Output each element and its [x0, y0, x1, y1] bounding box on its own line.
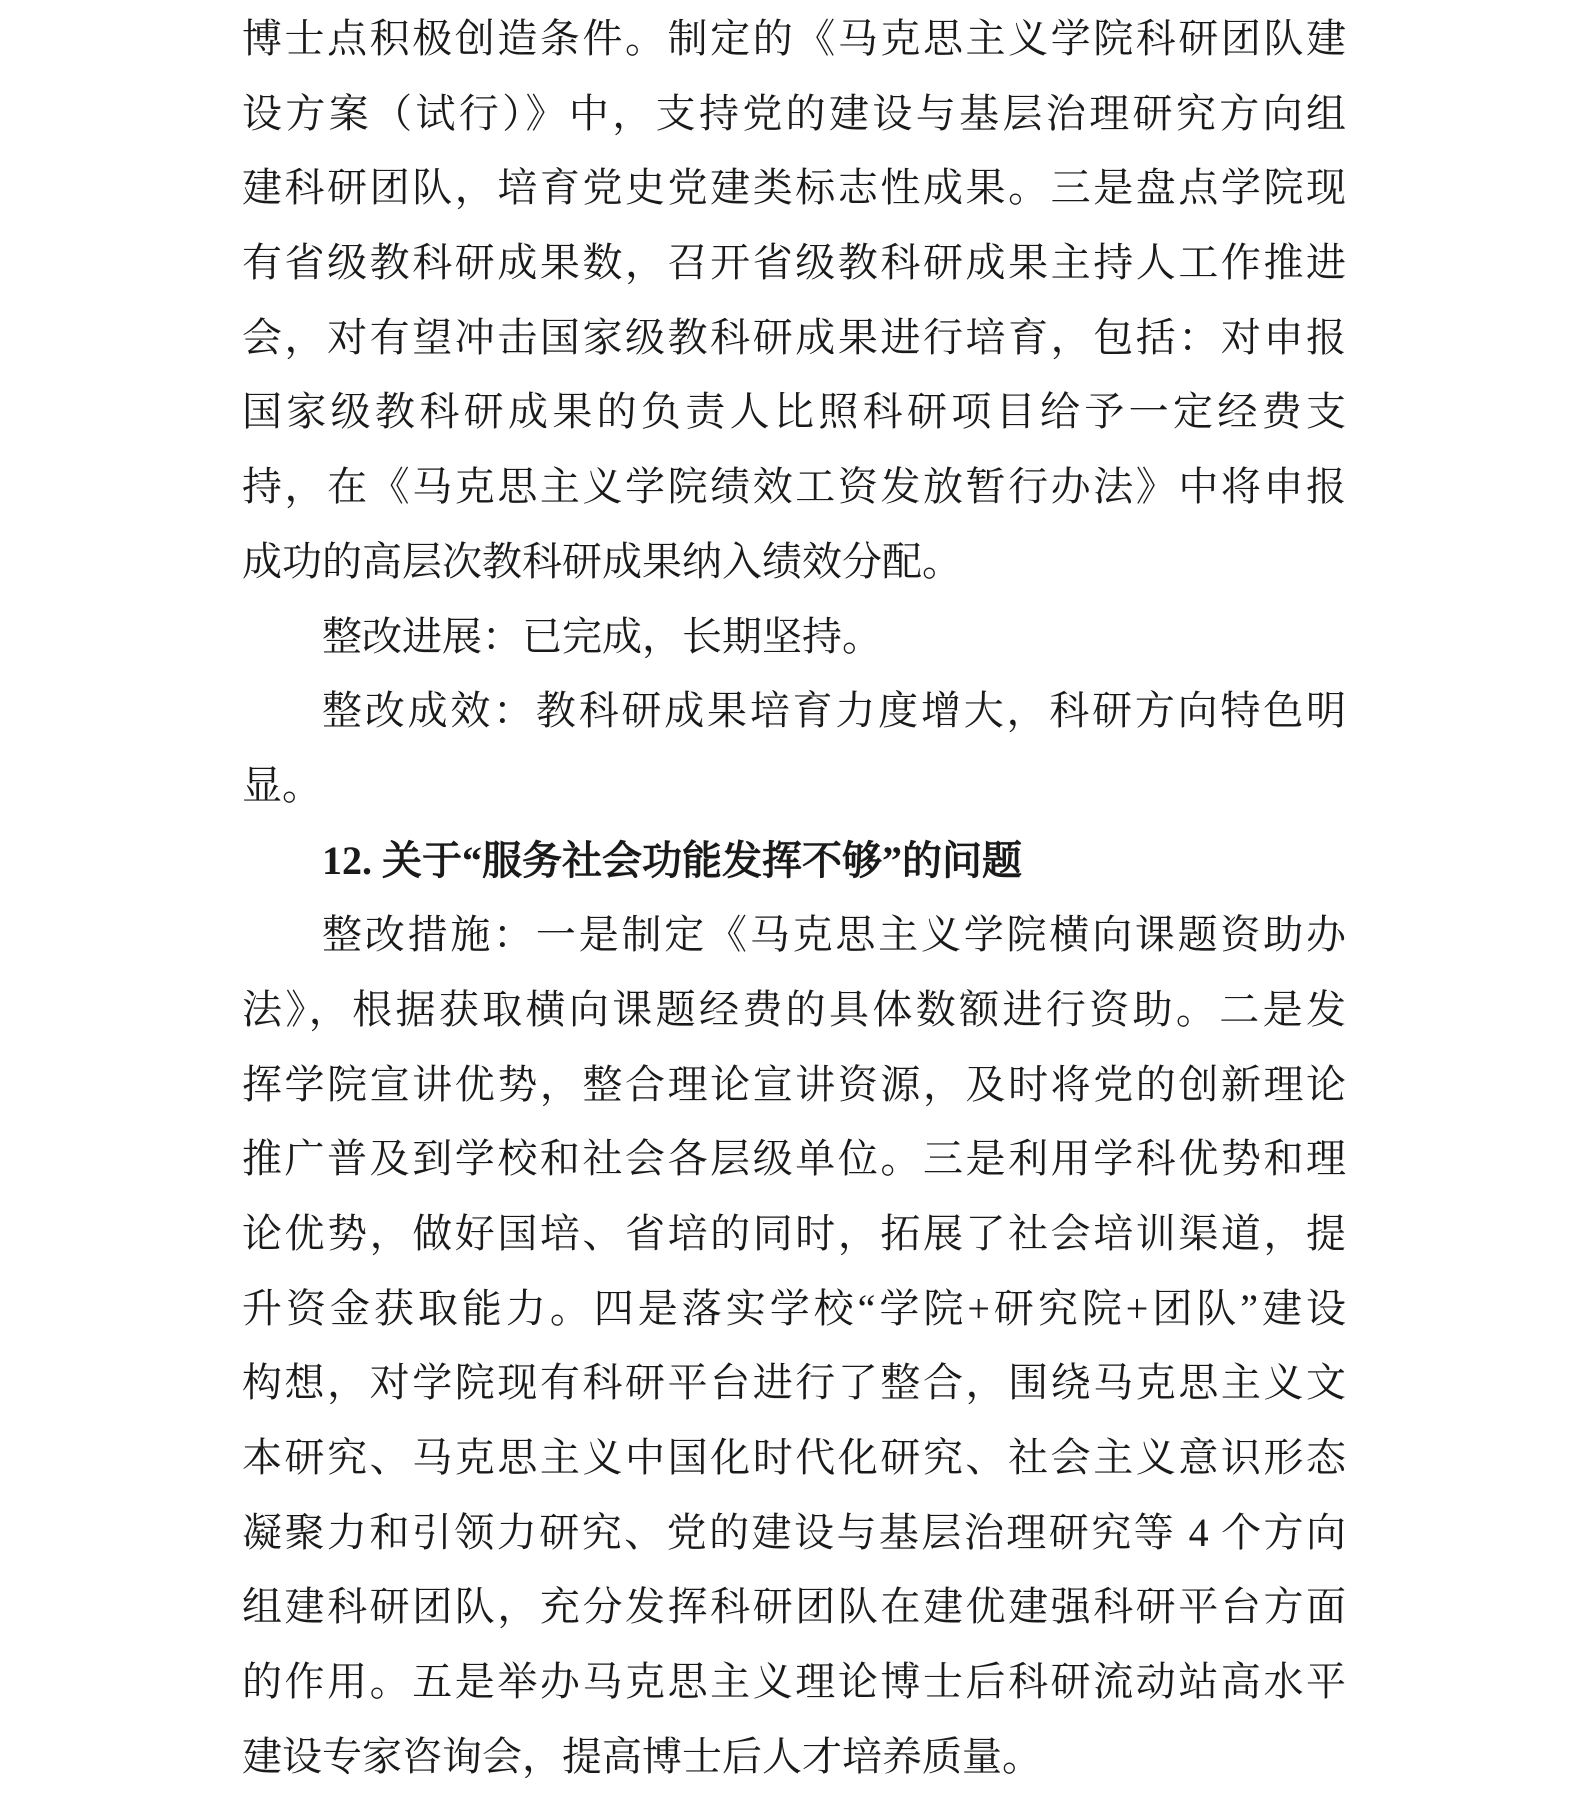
doc-line: 构想，对学院现有科研平台进行了整合，围绕马克思主义文: [242, 1346, 1346, 1421]
text-block: 博士点积极创造条件。制定的《马克思主义学院科研团队建 设方案（试行）》中，支持党…: [242, 2, 1346, 1795]
doc-line: 整改进展：已完成，长期坚持。: [242, 600, 1346, 675]
doc-line: 法》，根据获取横向课题经费的具体数额进行资助。二是发: [242, 973, 1346, 1048]
doc-line: 持，在《马克思主义学院绩效工资发放暂行办法》中将申报: [242, 450, 1346, 525]
doc-line: 建科研团队，培育党史党建类标志性成果。三是盘点学院现: [242, 151, 1346, 226]
doc-line: 挥学院宣讲优势，整合理论宣讲资源，及时将党的创新理论: [242, 1048, 1346, 1123]
doc-line: 整改成效：教科研成果培育力度增大，科研方向特色明: [242, 674, 1346, 749]
page-canvas: 博士点积极创造条件。制定的《马克思主义学院科研团队建 设方案（试行）》中，支持党…: [0, 0, 1586, 1800]
doc-line: 国家级教科研成果的负责人比照科研项目给予一定经费支: [242, 375, 1346, 450]
doc-line: 论优势，做好国培、省培的同时，拓展了社会培训渠道，提: [242, 1197, 1346, 1272]
doc-line: 整改措施：一是制定《马克思主义学院横向课题资助办: [242, 898, 1346, 973]
doc-line: 升资金获取能力。四是落实学校“学院+研究院+团队”建设: [242, 1272, 1346, 1347]
doc-line: 会，对有望冲击国家级教科研成果进行培育，包括：对申报: [242, 301, 1346, 376]
doc-line: 推广普及到学校和社会各层级单位。三是利用学科优势和理: [242, 1122, 1346, 1197]
section-heading: 12. 关于“服务社会功能发挥不够”的问题: [242, 824, 1346, 899]
doc-line: 成功的高层次教科研成果纳入绩效分配。: [242, 525, 1346, 600]
doc-line: 博士点积极创造条件。制定的《马克思主义学院科研团队建: [242, 2, 1346, 77]
doc-line: 凝聚力和引领力研究、党的建设与基层治理研究等 4 个方向: [242, 1496, 1346, 1571]
doc-line: 设方案（试行）》中，支持党的建设与基层治理研究方向组: [242, 77, 1346, 152]
doc-line: 组建科研团队，充分发挥科研团队在建优建强科研平台方面: [242, 1570, 1346, 1645]
document-page: { "doc": { "colors": { "page_background"…: [0, 0, 1586, 1800]
doc-line: 的作用。五是举办马克思主义理论博士后科研流动站高水平: [242, 1645, 1346, 1720]
doc-line: 本研究、马克思主义中国化时代化研究、社会主义意识形态: [242, 1421, 1346, 1496]
doc-line: 建设专家咨询会，提高博士后人才培养质量。: [242, 1720, 1346, 1795]
doc-line: 显。: [242, 749, 1346, 824]
doc-line: 有省级教科研成果数，召开省级教科研成果主持人工作推进: [242, 226, 1346, 301]
